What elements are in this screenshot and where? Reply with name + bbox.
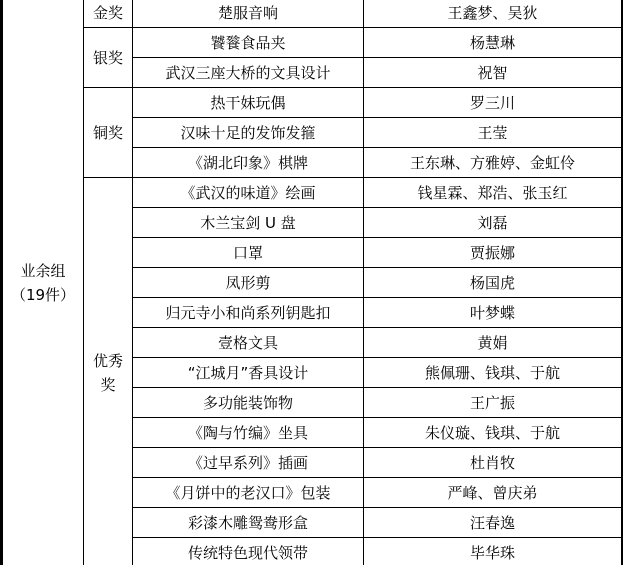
- work-authors: 杨国虎: [364, 268, 623, 298]
- work-title: 《月饼中的老汉口》包装: [133, 478, 364, 508]
- work-title: 口罩: [133, 238, 364, 268]
- work-authors: 汪春逸: [364, 508, 623, 538]
- work-authors: 罗三川: [364, 88, 623, 118]
- work-authors: 刘磊: [364, 208, 623, 238]
- prize-excellence: 优秀 奖: [84, 178, 133, 565]
- work-authors: 王鑫梦、吴狄: [364, 0, 623, 28]
- prize-gold: 金奖: [84, 0, 133, 28]
- prize-bronze: 铜奖: [84, 88, 133, 178]
- work-title: 热干妹玩偶: [133, 88, 364, 118]
- work-title: 《陶与竹编》坐具: [133, 418, 364, 448]
- work-authors: 王东琳、方雅婷、金虹伶: [364, 148, 623, 178]
- work-authors: 严峰、曾庆弟: [364, 478, 623, 508]
- work-title: 多功能装饰物: [133, 388, 364, 418]
- work-title: 彩漆木雕鸳鸯形盒: [133, 508, 364, 538]
- group-cell: 业余组 （19件）: [2, 0, 84, 565]
- award-table: 业余组 （19件） 金奖 楚服音响 王鑫梦、吴狄 银奖 饕餮食品夹 杨慧琳 武汉…: [0, 0, 623, 565]
- work-title: 归元寺小和尚系列钥匙扣: [133, 298, 364, 328]
- work-title: 《过早系列》插画: [133, 448, 364, 478]
- work-title: 木兰宝剑 U 盘: [133, 208, 364, 238]
- table-row: 业余组 （19件） 金奖 楚服音响 王鑫梦、吴狄: [2, 0, 623, 28]
- table-row: 铜奖 热干妹玩偶 罗三川: [2, 88, 623, 118]
- table-row: 优秀 奖 《武汉的味道》绘画 钱星霖、郑浩、张玉红: [2, 178, 623, 208]
- group-count: （19件）: [11, 286, 75, 304]
- award-table-frame: 业余组 （19件） 金奖 楚服音响 王鑫梦、吴狄 银奖 饕餮食品夹 杨慧琳 武汉…: [0, 0, 623, 565]
- work-authors: 王莹: [364, 118, 623, 148]
- work-authors: 熊佩珊、钱琪、于航: [364, 358, 623, 388]
- work-authors: 祝智: [364, 58, 623, 88]
- work-authors: 叶梦蝶: [364, 298, 623, 328]
- prize-excellence-line2: 奖: [100, 376, 115, 394]
- work-authors: 朱仪璇、钱琪、于航: [364, 418, 623, 448]
- work-title: 壹格文具: [133, 328, 364, 358]
- work-title: 《武汉的味道》绘画: [133, 178, 364, 208]
- work-authors: 贾振娜: [364, 238, 623, 268]
- work-title: 《湖北印象》棋牌: [133, 148, 364, 178]
- work-title: 汉味十足的发饰发箍: [133, 118, 364, 148]
- work-title: 武汉三座大桥的文具设计: [133, 58, 364, 88]
- work-authors: 钱星霖、郑浩、张玉红: [364, 178, 623, 208]
- work-title: 楚服音响: [133, 0, 364, 28]
- work-title: “江城月”香具设计: [133, 358, 364, 388]
- work-authors: 杨慧琳: [364, 28, 623, 58]
- group-label: 业余组: [20, 262, 65, 280]
- prize-silver: 银奖: [84, 28, 133, 88]
- work-authors: 王广振: [364, 388, 623, 418]
- work-authors: 杜肖牧: [364, 448, 623, 478]
- work-title: 饕餮食品夹: [133, 28, 364, 58]
- work-authors: 黄娟: [364, 328, 623, 358]
- work-title: 凤形剪: [133, 268, 364, 298]
- work-authors: 毕华珠: [364, 538, 623, 565]
- work-title: 传统特色现代领带: [133, 538, 364, 565]
- prize-excellence-line1: 优秀: [93, 352, 123, 370]
- table-row: 银奖 饕餮食品夹 杨慧琳: [2, 28, 623, 58]
